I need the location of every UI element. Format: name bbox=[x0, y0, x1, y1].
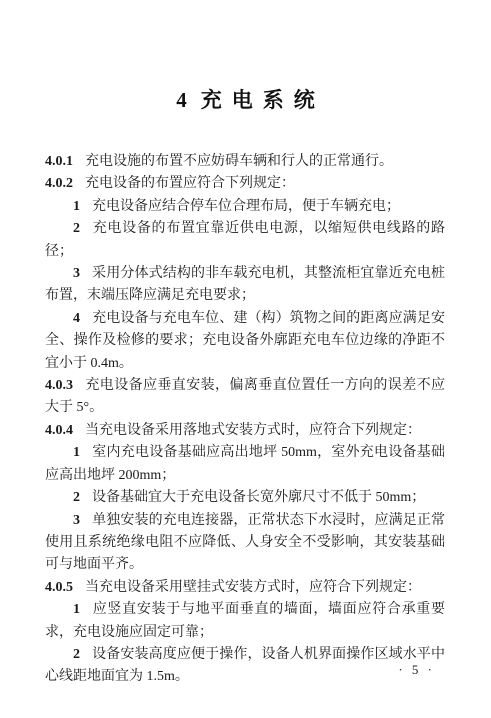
clause-paragraph: 4.0.5当充电设备采用壁挂式安装方式时，应符合下列规定： bbox=[45, 577, 445, 599]
clause-sub-item: 2设备基础宜大于充电设备长宽外廓尺寸不低于 50mm； bbox=[45, 487, 445, 509]
item-number: 2 bbox=[73, 647, 80, 662]
clause-paragraph: 4.0.1充电设施的布置不应妨碍车辆和行人的正常通行。 bbox=[45, 151, 445, 173]
clause-number: 4.0.4 bbox=[45, 423, 73, 438]
clause-text: 充电设施的布置不应妨碍车辆和行人的正常通行。 bbox=[85, 154, 393, 169]
clause-sub-item: 2设备安装高度应便于操作，设备人机界面操作区域水平中心线距地面宜为 1.5m。 bbox=[45, 644, 445, 689]
item-number: 1 bbox=[73, 602, 80, 617]
item-text: 采用分体式结构的非车载充电机，其整流柜宜靠近充电桩布置，末端压降应满足充电要求； bbox=[45, 266, 445, 303]
clause-sub-item: 1应竖直安装于与地平面垂直的墙面，墙面应符合承重要求，充电设施应固定可靠； bbox=[45, 599, 445, 644]
clause-paragraph: 4.0.4当充电设备采用落地式安装方式时，应符合下列规定： bbox=[45, 420, 445, 442]
clause-sub-item: 4充电设备与充电车位、建（构）筑物之间的距离应满足安全、操作及检修的要求；充电设… bbox=[45, 308, 445, 375]
item-text: 充电设备应结合停车位合理布局，便于车辆充电； bbox=[92, 199, 400, 214]
item-number: 2 bbox=[73, 490, 80, 505]
clause-sub-item: 3单独安装的充电连接器，正常状态下水浸时，应满足正常使用且系统绝缘电阻不应降低、… bbox=[45, 510, 445, 577]
item-text: 单独安装的充电连接器，正常状态下水浸时，应满足正常使用且系统绝缘电阻不应降低、人… bbox=[45, 513, 445, 573]
chapter-number: 4 bbox=[176, 88, 187, 113]
clause-sub-item: 1室内充电设备基础应高出地坪 50mm，室外充电设备基础应高出地坪 200mm； bbox=[45, 442, 445, 487]
item-number: 3 bbox=[73, 513, 80, 528]
item-text: 充电设备与充电车位、建（构）筑物之间的距离应满足安全、操作及检修的要求；充电设备… bbox=[45, 311, 445, 371]
clause-sub-item: 2充电设备的布置宜靠近供电电源，以缩短供电线路的路径； bbox=[45, 218, 445, 263]
chapter-title: 4充电系统 bbox=[0, 0, 491, 114]
clause-number: 4.0.3 bbox=[45, 378, 73, 393]
item-number: 2 bbox=[73, 221, 80, 236]
clause-number: 4.0.2 bbox=[45, 176, 73, 191]
item-number: 1 bbox=[73, 199, 80, 214]
clause-number: 4.0.5 bbox=[45, 580, 73, 595]
document-page: 4充电系统 4.0.1充电设施的布置不应妨碍车辆和行人的正常通行。4.0.2充电… bbox=[0, 0, 491, 718]
clauses-container: 4.0.1充电设施的布置不应妨碍车辆和行人的正常通行。4.0.2充电设备的布置应… bbox=[45, 151, 445, 689]
page-number: · 5 · bbox=[398, 662, 435, 678]
clause-sub-item: 3采用分体式结构的非车载充电机，其整流柜宜靠近充电桩布置，末端压降应满足充电要求… bbox=[45, 263, 445, 308]
item-text: 室内充电设备基础应高出地坪 50mm，室外充电设备基础应高出地坪 200mm； bbox=[45, 445, 445, 482]
item-text: 充电设备的布置宜靠近供电电源，以缩短供电线路的路径； bbox=[45, 221, 445, 258]
clause-text: 充电设备的布置应符合下列规定： bbox=[85, 176, 295, 191]
clause-sub-item: 1充电设备应结合停车位合理布局，便于车辆充电； bbox=[45, 196, 445, 218]
item-text: 设备安装高度应便于操作，设备人机界面操作区域水平中心线距地面宜为 1.5m。 bbox=[45, 647, 445, 684]
clause-number: 4.0.1 bbox=[45, 154, 73, 169]
clause-paragraph: 4.0.3充电设备应垂直安装，偏离垂直位置任一方向的误差不应大于 5°。 bbox=[45, 375, 445, 420]
clause-text: 当充电设备采用壁挂式安装方式时，应符合下列规定： bbox=[85, 580, 421, 595]
item-number: 3 bbox=[73, 266, 80, 281]
chapter-name: 充电系统 bbox=[201, 84, 325, 114]
clause-paragraph: 4.0.2充电设备的布置应符合下列规定： bbox=[45, 173, 445, 195]
clause-text: 当充电设备采用落地式安装方式时，应符合下列规定： bbox=[85, 423, 421, 438]
item-text: 设备基础宜大于充电设备长宽外廓尺寸不低于 50mm； bbox=[92, 490, 425, 505]
item-number: 1 bbox=[73, 445, 80, 460]
clause-text: 充电设备应垂直安装，偏离垂直位置任一方向的误差不应大于 5°。 bbox=[45, 378, 445, 415]
item-number: 4 bbox=[73, 311, 80, 326]
item-text: 应竖直安装于与地平面垂直的墙面，墙面应符合承重要求，充电设施应固定可靠； bbox=[45, 602, 445, 639]
